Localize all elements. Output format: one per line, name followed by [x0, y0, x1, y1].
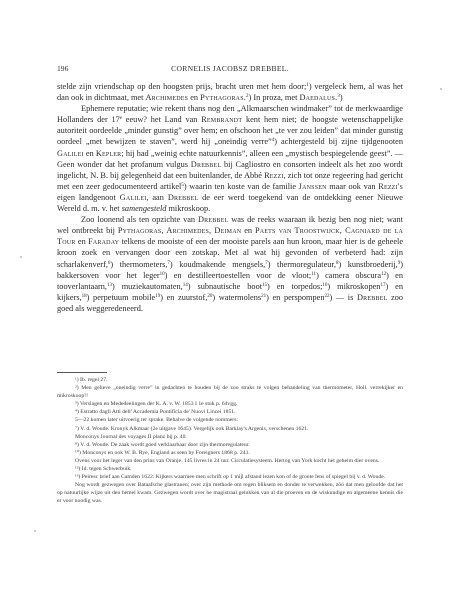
footnote: Nog wordt gezwegen over Bataafsche glast… — [57, 481, 403, 505]
footnote: ⁷) V. d. Woude. Kronyk Alkmaar (2e uitga… — [57, 425, 403, 433]
footnote: ⁸) V. d. Woude. De zaak wordt goed verkl… — [57, 441, 403, 449]
paragraph-3: Zoo loonend als ten opzichte van Drebbel… — [57, 214, 403, 314]
scan-speck — [20, 256, 22, 258]
footnote: Monconys Journal des voyages II planz bi… — [57, 433, 403, 441]
body-text: stelde zijn vriendschap op den hoogsten … — [57, 81, 403, 314]
footnote: ¹⁰) Monconys en ook W. B. Rye, England a… — [57, 449, 403, 457]
running-title: CORNELIS JACOBSZ DREBBEL. — [57, 64, 403, 73]
footnote-divider — [57, 372, 107, 373]
footnote: ¹³) Peiresc brief aan Camden 1622: Kijke… — [57, 473, 403, 481]
paragraph-1: stelde zijn vriendschap op den hoogsten … — [57, 81, 403, 103]
footnotes: ¹) Ib. regel 27. ²) Men gelieve „oneindi… — [57, 376, 403, 506]
book-page: 196 CORNELIS JACOBSZ DREBBEL. stelde zij… — [0, 0, 461, 600]
footnote: Ovens voor het leger van den prins van O… — [57, 457, 403, 465]
footnote: ¹) Ib. regel 27. — [57, 376, 403, 384]
scan-speck — [34, 530, 36, 532]
footnote: 5—22 komen later uitvoerig ter sprake. B… — [57, 416, 403, 424]
footnote: ²) Men gelieve „oneindig verre” in gedac… — [57, 384, 403, 400]
paragraph-2: Ephemere reputatie; wie rekent thans nog… — [57, 103, 403, 214]
scan-speck — [440, 88, 442, 90]
footnote: ³) Verslagen en Mededeelingen der K. A. … — [57, 400, 403, 408]
footnote: ⁴) Estratto dagli Atti dell' Accademia P… — [57, 408, 403, 416]
footnote: ¹²) Id. tegen Schwerbuik. — [57, 465, 403, 473]
page-header: 196 CORNELIS JACOBSZ DREBBEL. — [57, 64, 403, 76]
